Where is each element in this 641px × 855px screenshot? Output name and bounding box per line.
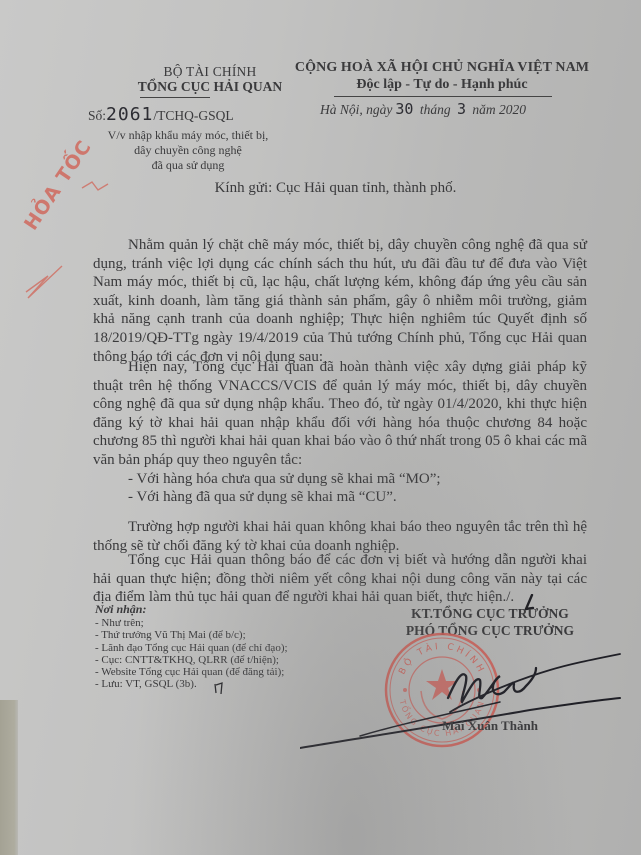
- salutation: Kính gửi: Cục Hải quan tỉnh, thành phố.: [0, 180, 641, 197]
- urgent-stamp: HỎA TỐC: [20, 123, 105, 235]
- subject-line: V/v nhập khẩu máy móc, thiết bị,: [88, 128, 288, 143]
- paragraph-text: Nhằm quản lý chặt chẽ máy móc, thiết bị,…: [93, 236, 587, 366]
- initial-mark-icon: [213, 681, 225, 695]
- document-number-suffix: /TCHQ-GSQL: [153, 108, 233, 123]
- recipient-item: - Thứ trưởng Vũ Thị Mai (để b/c);: [95, 629, 288, 641]
- bullet-item: - Với hàng hóa chưa qua sử dụng sẽ khai …: [93, 470, 587, 489]
- date-month: 3: [454, 100, 469, 118]
- body-paragraph: Trường hợp người khai hải quan không kha…: [93, 518, 587, 555]
- date-prefix: Hà Nội, ngày: [320, 102, 392, 117]
- recipients-list: - Như trên; - Thứ trưởng Vũ Thị Mai (để …: [95, 617, 288, 691]
- paragraph-text: Hiện nay, Tổng cục Hải quan đã hoàn thàn…: [93, 358, 587, 470]
- subject-line: dây chuyền công nghệ: [88, 143, 288, 158]
- paper-edge-background: [0, 700, 18, 855]
- recipient-item: - Như trên;: [95, 617, 288, 629]
- document-subject: V/v nhập khẩu máy móc, thiết bị, dây chu…: [88, 128, 288, 173]
- recipient-item: - Website Tổng cục Hải quan (để đăng tải…: [95, 666, 288, 678]
- national-motto: Độc lập - Tự do - Hạnh phúc: [282, 77, 602, 93]
- bullet-item: - Với hàng đã qua sử dụng sẽ khai mã “CU…: [93, 488, 587, 507]
- recipient-item: - Lãnh đạo Tổng cục Hải quan (để chỉ đạo…: [95, 642, 288, 654]
- date-year: năm 2020: [472, 102, 526, 117]
- body-paragraph: Nhằm quản lý chặt chẽ máy móc, thiết bị,…: [93, 236, 587, 366]
- document-number-value: 2061: [106, 104, 153, 125]
- body-paragraph: Hiện nay, Tổng cục Hải quan đã hoàn thàn…: [93, 358, 587, 507]
- date-month-label: tháng: [420, 102, 451, 117]
- paragraph-text: Tổng cục Hải quan thông báo để các đơn v…: [93, 551, 587, 607]
- recipient-item: - Lưu: VT, GSQL (3b).: [95, 678, 288, 690]
- dateline: Hà Nội, ngày30 tháng 3 năm 2020: [320, 100, 526, 118]
- paragraph-text: Trường hợp người khai hải quan không kha…: [93, 518, 587, 555]
- document-number: Số:2061/TCHQ-GSQL: [88, 104, 234, 125]
- recipient-item: - Cục: CNTT&TKHQ, QLRR (để t/hiện);: [95, 654, 288, 666]
- document-number-label: Số:: [88, 108, 106, 123]
- signature-title-line-1: KT.TỔNG CỤC TRƯỞNG: [360, 606, 620, 622]
- body-paragraph: Tổng cục Hải quan thông báo để các đơn v…: [93, 551, 587, 607]
- recipients-title: Nơi nhận:: [95, 602, 146, 617]
- date-day: 30: [392, 100, 416, 118]
- subject-line: đã qua sử dụng: [88, 158, 288, 173]
- motto-underline: [334, 96, 552, 97]
- signer-name: Mai Xuân Thành: [360, 718, 620, 734]
- national-title: CỘNG HOÀ XÃ HỘI CHỦ NGHĨA VIỆT NAM: [282, 60, 602, 76]
- agency-underline: [140, 97, 210, 98]
